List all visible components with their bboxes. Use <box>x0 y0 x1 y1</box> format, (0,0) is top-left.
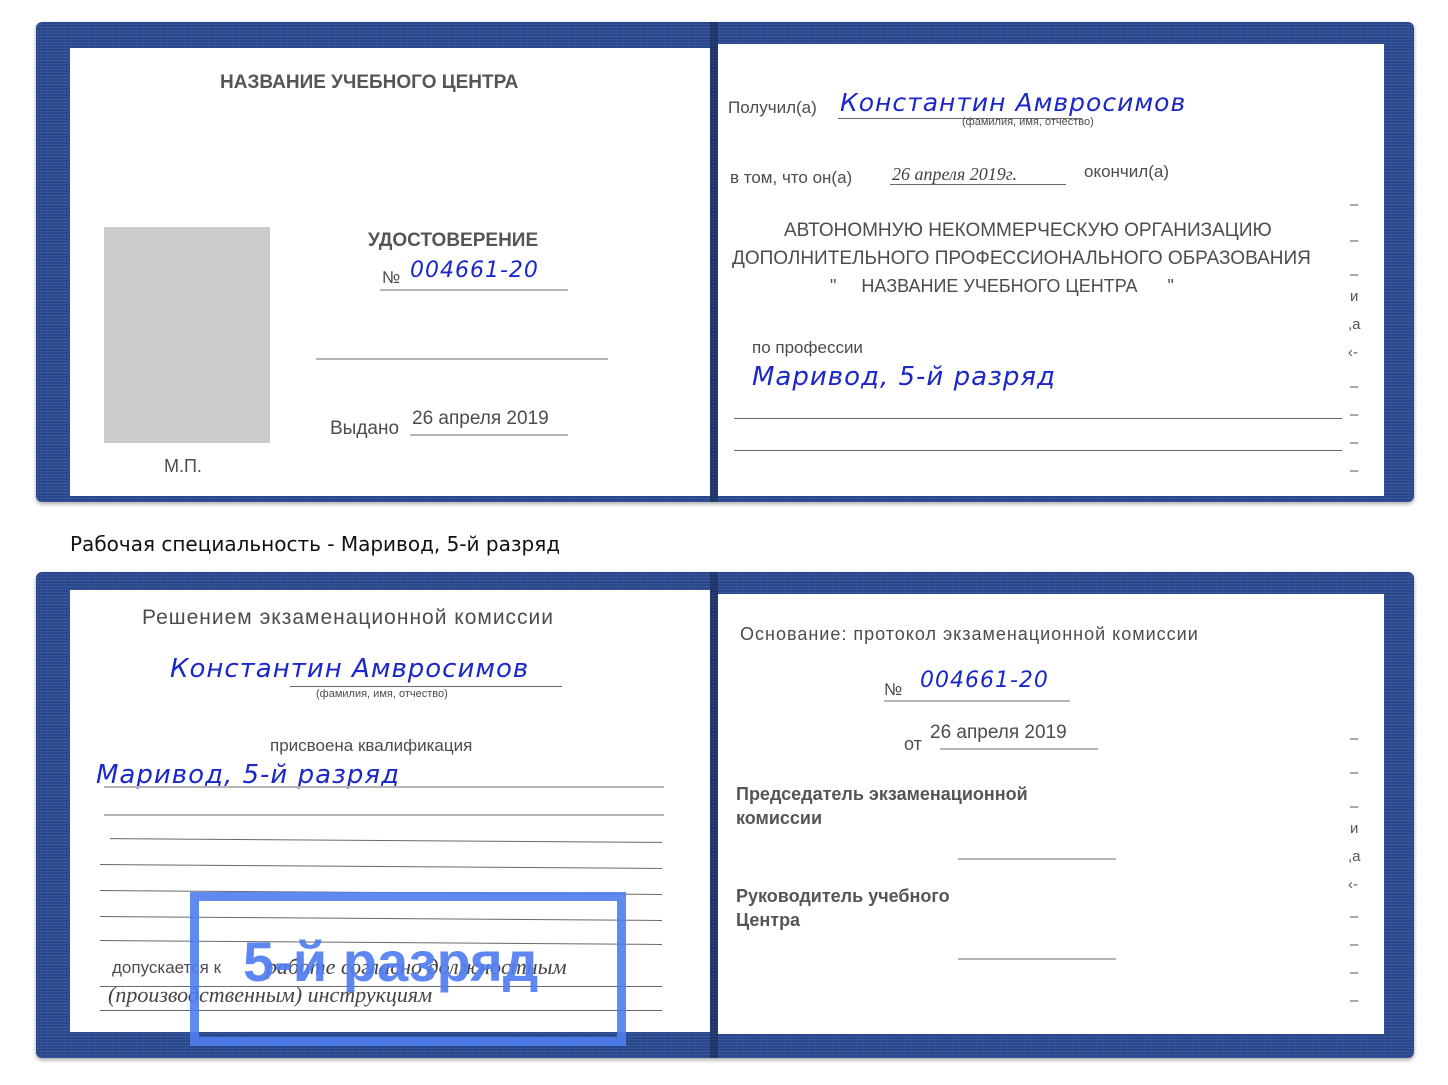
issued-underline <box>410 434 568 436</box>
protocol-date: 26 апреля 2019 <box>930 722 1067 744</box>
edge-mark: и <box>1350 288 1358 305</box>
basis-title: Основание: протокол экзаменационной коми… <box>740 624 1199 645</box>
ruled-line <box>100 864 662 869</box>
edge-mark: – <box>1350 196 1358 213</box>
name-underline <box>290 686 562 687</box>
profession-line-1 <box>734 418 1342 419</box>
doc-title: УДОСТОВЕРЕНИЕ <box>368 230 538 252</box>
org-line-1: АВТОНОМНУЮ НЕКОММЕРЧЕСКУЮ ОРГАНИЗАЦИЮ <box>784 220 1272 242</box>
edge-mark: – <box>1350 266 1358 283</box>
edge-mark: – <box>1350 406 1358 423</box>
chairman-label-line-1: Председатель экзаменационной <box>736 784 1028 805</box>
specialty-caption: Рабочая специальность - Маривод, 5-й раз… <box>70 532 560 556</box>
edge-mark: – <box>1350 936 1358 953</box>
qualification-line-2 <box>104 814 664 816</box>
grade-stamp: 5-й разряд <box>190 892 626 1046</box>
stamp-place-label: М.П. <box>164 456 202 477</box>
commission-left-page: Решением экзаменационной комиссии Конста… <box>70 590 710 1032</box>
profession-line-2 <box>734 450 1342 451</box>
protocol-number-label: № <box>884 680 902 700</box>
stamp-text: 5-й разряд <box>243 929 538 994</box>
head-label-line-1: Руководитель учебного <box>736 886 950 907</box>
qualification-label: присвоена квалификация <box>270 736 472 756</box>
org-line-3: " НАЗВАНИЕ УЧЕБНОГО ЦЕНТРА " <box>830 276 1174 297</box>
chairman-signature-line <box>958 858 1116 860</box>
received-label: Получил(а) <box>728 98 817 118</box>
edge-mark: ‹- <box>1348 876 1358 893</box>
commission-title: Решением экзаменационной комиссии <box>142 606 554 630</box>
protocol-number-underline <box>884 700 1070 702</box>
certificate-booklet-front: НАЗВАНИЕ УЧЕБНОГО ЦЕНТРА УДОСТОВЕРЕНИЕ №… <box>36 22 1414 502</box>
chairman-label-line-2: комиссии <box>736 808 822 829</box>
commission-right-page: Основание: протокол экзаменационной коми… <box>718 594 1384 1034</box>
recipient-name: Константин Амвросимов <box>170 654 529 684</box>
booklet-spine <box>710 22 718 502</box>
name-hint: (фамилия, имя, отчество) <box>316 688 448 700</box>
profession-label: по профессии <box>752 338 863 358</box>
edge-mark: ,а <box>1348 848 1361 865</box>
number-underline <box>380 289 568 291</box>
edge-mark: – <box>1350 378 1358 395</box>
edge-mark: – <box>1350 434 1358 451</box>
head-label-line-2: Центра <box>736 910 800 931</box>
edge-mark: – <box>1350 232 1358 249</box>
completion-underline <box>890 184 1066 185</box>
edge-mark: ‹- <box>1348 344 1358 361</box>
head-signature-line <box>958 958 1116 960</box>
blank-line <box>316 358 608 360</box>
ruled-line <box>110 838 662 843</box>
certificate-left-page: НАЗВАНИЕ УЧЕБНОГО ЦЕНТРА УДОСТОВЕРЕНИЕ №… <box>70 48 710 496</box>
protocol-date-label: от <box>904 734 922 755</box>
booklet-spine <box>710 572 718 1058</box>
in-that-label: в том, что он(а) <box>730 168 852 188</box>
profession-value: Маривод, 5-й разряд <box>752 362 1056 392</box>
edge-mark: – <box>1350 992 1358 1009</box>
org-title: НАЗВАНИЕ УЧЕБНОГО ЦЕНТРА <box>220 72 518 94</box>
issued-label: Выдано <box>330 418 399 440</box>
edge-mark: – <box>1350 798 1358 815</box>
name-hint: (фамилия, имя, отчество) <box>962 116 1094 128</box>
photo-placeholder <box>104 227 270 443</box>
completion-date: 26 апреля 2019г. <box>892 164 1017 185</box>
protocol-number: 004661-20 <box>920 668 1049 693</box>
edge-mark: – <box>1350 730 1358 747</box>
edge-mark: – <box>1350 964 1358 981</box>
number-label: № <box>382 268 400 288</box>
org-line-2: ДОПОЛНИТЕЛЬНОГО ПРОФЕССИОНАЛЬНОГО ОБРАЗО… <box>732 248 1311 270</box>
certificate-number: 004661-20 <box>410 258 539 283</box>
recipient-name: Константин Амвросимов <box>840 88 1186 117</box>
edge-mark: – <box>1350 908 1358 925</box>
protocol-date-underline <box>940 748 1098 750</box>
edge-mark: ,а <box>1348 316 1361 333</box>
edge-mark: и <box>1350 820 1358 837</box>
qualification-line-1 <box>104 786 664 788</box>
edge-mark: – <box>1350 462 1358 479</box>
edge-mark: – <box>1350 764 1358 781</box>
finished-label: окончил(а) <box>1084 162 1169 182</box>
certificate-right-page: Получил(а) Константин Амвросимов (фамили… <box>718 44 1384 496</box>
certificate-booklet-back: Решением экзаменационной комиссии Конста… <box>36 572 1414 1058</box>
issued-date: 26 апреля 2019 <box>412 408 549 430</box>
